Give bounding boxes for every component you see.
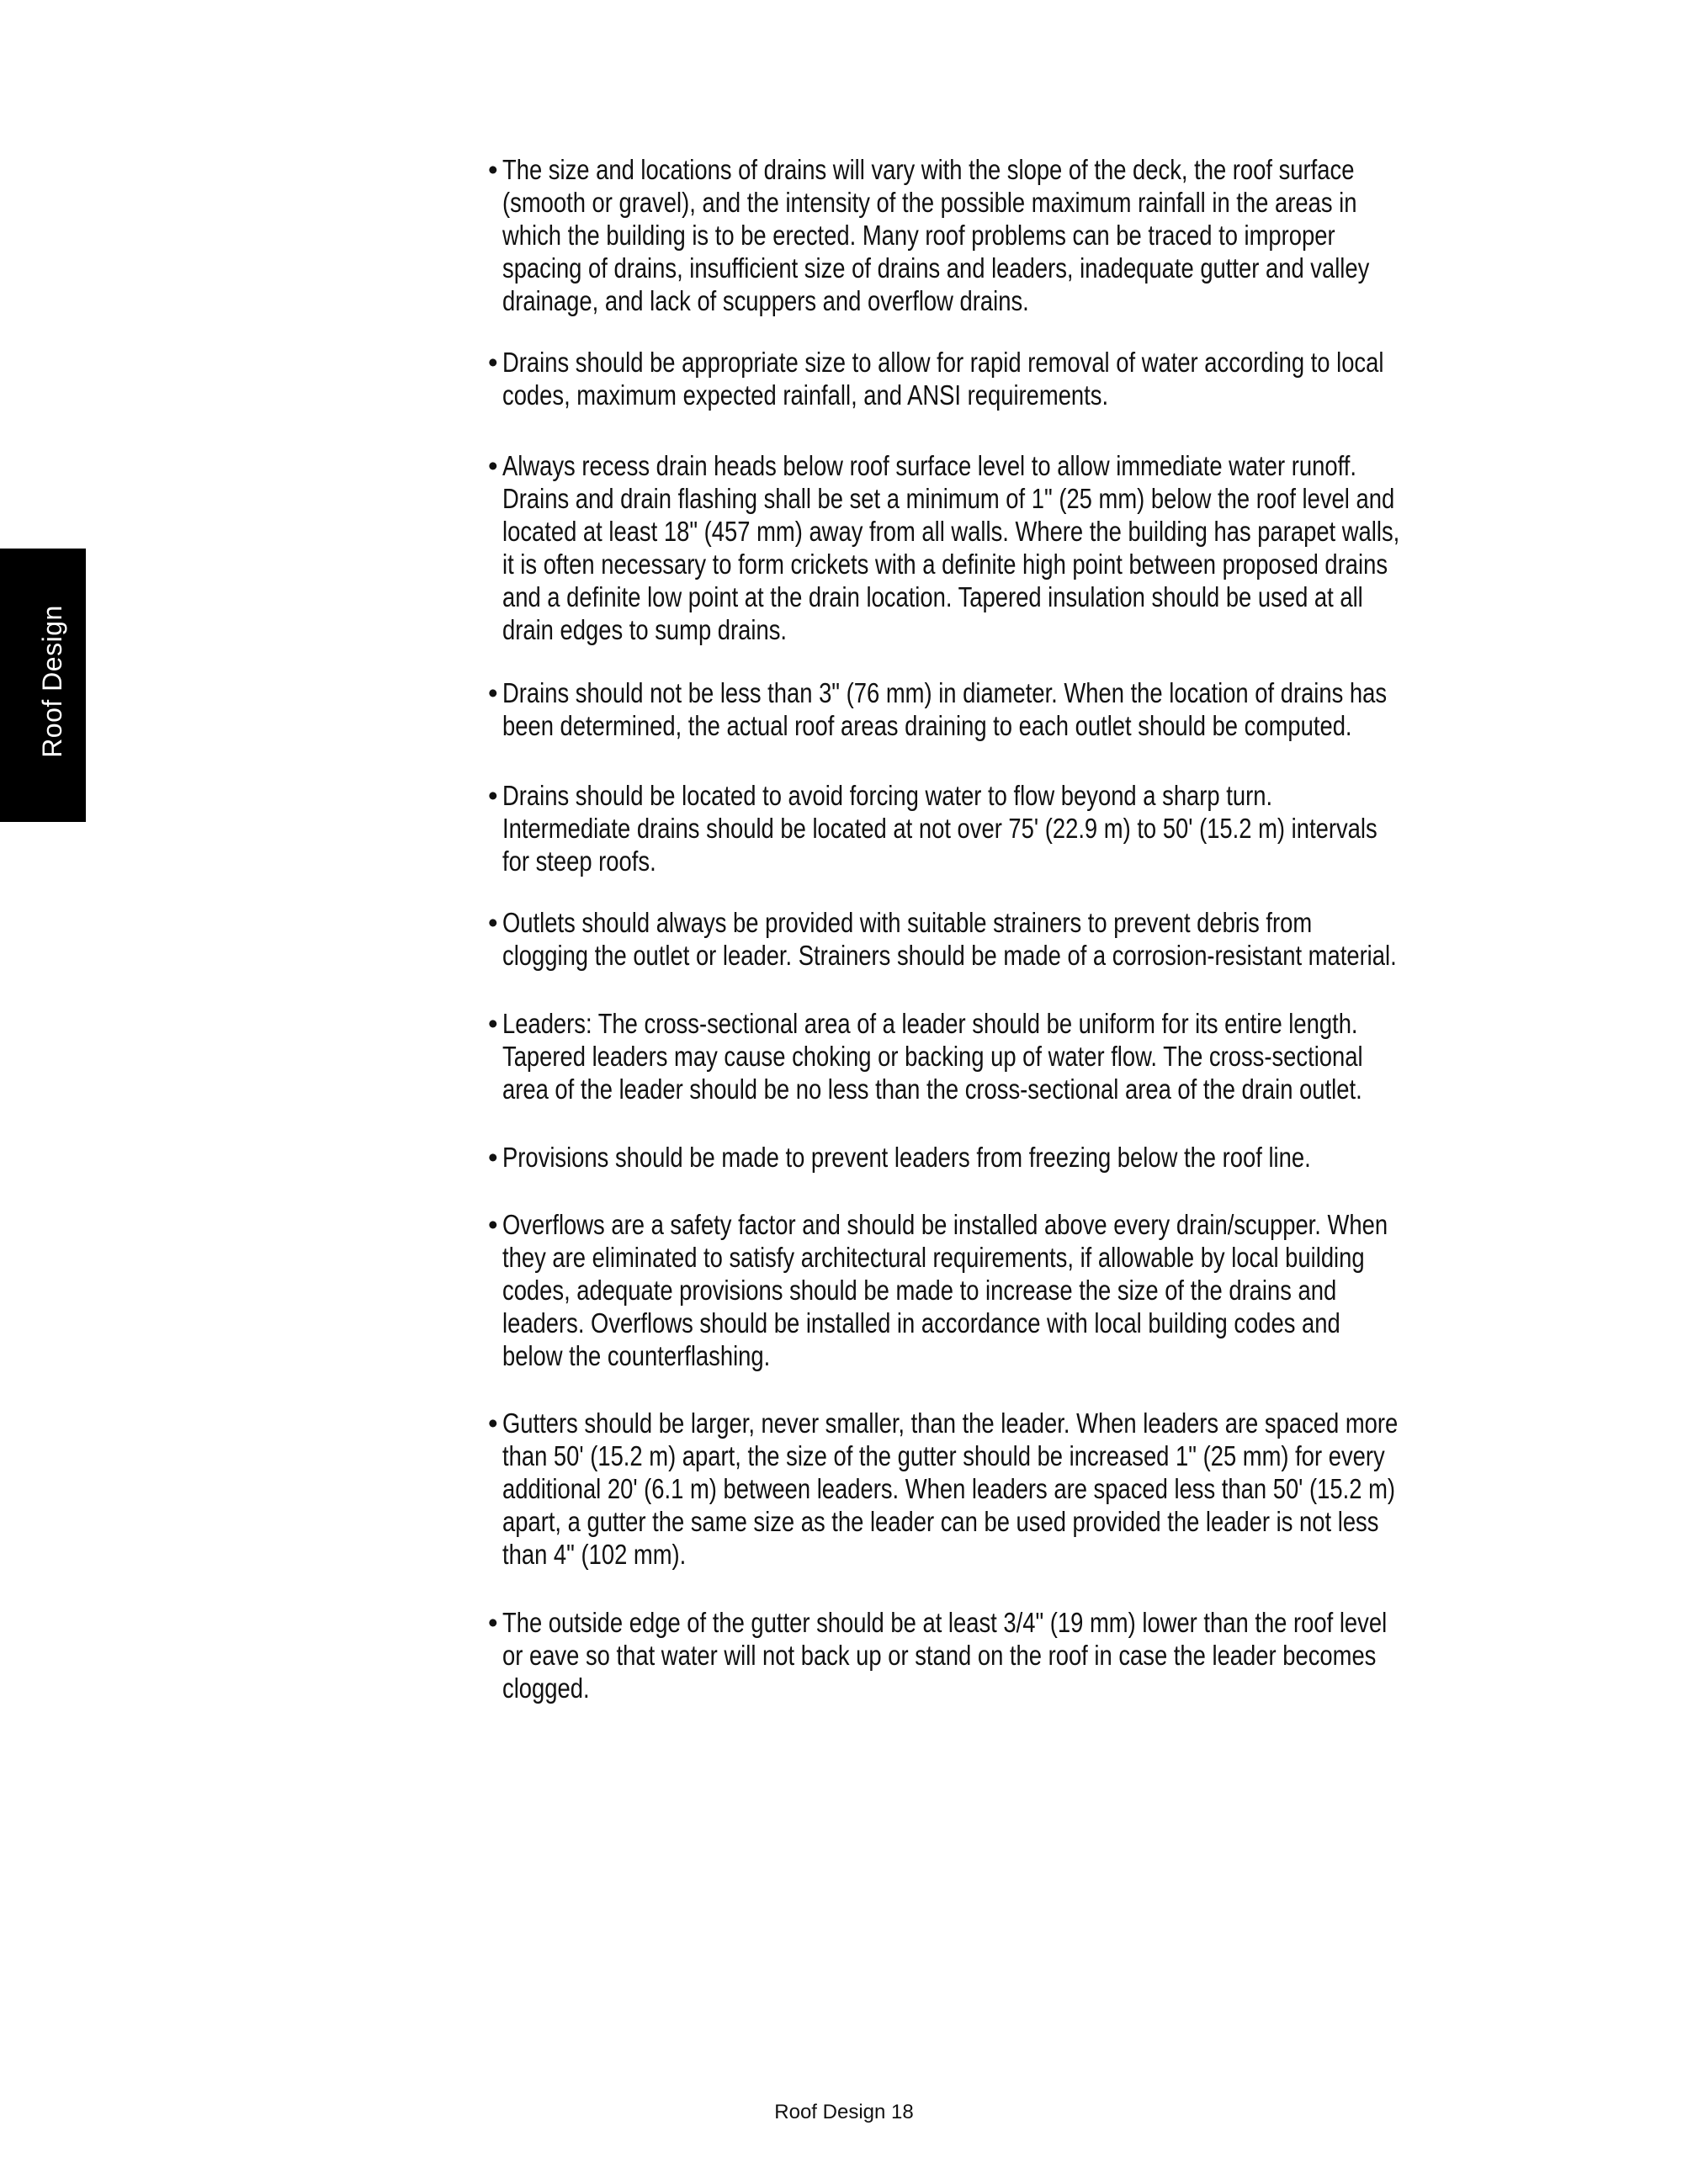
text-line: Tapered leaders may cause choking or bac… bbox=[502, 1040, 1363, 1073]
text-line: Drains should be located to avoid forcin… bbox=[502, 779, 1377, 812]
paragraph-text: Outlets should always be provided with s… bbox=[502, 906, 1579, 972]
text-line: codes, adequate provisions should be mad… bbox=[502, 1274, 1388, 1307]
paragraph-text: Drains should be located to avoid forcin… bbox=[502, 779, 1557, 877]
text-line: area of the leader should be no less tha… bbox=[502, 1073, 1363, 1105]
paragraph-text: Gutters should be larger, never smaller,… bbox=[502, 1407, 1581, 1571]
paragraph-text: Always recess drain heads below roof sur… bbox=[502, 449, 1584, 646]
bullet-icon: • bbox=[488, 906, 502, 939]
section-side-tab-label: Roof Design bbox=[35, 572, 69, 791]
text-line: located at least 18" (457 mm) away from … bbox=[502, 515, 1399, 548]
bullet-icon: • bbox=[488, 676, 502, 709]
paragraph-text: The outside edge of the gutter should be… bbox=[502, 1606, 1568, 1704]
bullet-icon: • bbox=[488, 1007, 502, 1040]
text-line: which the building is to be erected. Man… bbox=[502, 219, 1369, 252]
text-line: clogged. bbox=[502, 1672, 1387, 1704]
text-line: apart, a gutter the same size as the lea… bbox=[502, 1505, 1398, 1538]
text-line: Intermediate drains should be located at… bbox=[502, 812, 1377, 845]
text-line: Leaders: The cross-sectional area of a l… bbox=[502, 1007, 1363, 1040]
text-line: Drains and drain flashing shall be set a… bbox=[502, 482, 1399, 515]
text-line: drainage, and lack of scuppers and overf… bbox=[502, 284, 1369, 317]
text-line: it is often necessary to form crickets w… bbox=[502, 548, 1399, 580]
text-line: (smooth or gravel), and the intensity of… bbox=[502, 186, 1369, 219]
paragraph-text: Leaders: The cross-sectional area of a l… bbox=[502, 1007, 1539, 1105]
text-line: The outside edge of the gutter should be… bbox=[502, 1606, 1387, 1639]
text-line: Overflows are a safety factor and should… bbox=[502, 1208, 1388, 1241]
paragraph-text: Drains should be appropriate size to all… bbox=[502, 346, 1564, 411]
text-line: codes, maximum expected rainfall, and AN… bbox=[502, 379, 1383, 411]
text-line: Drains should not be less than 3" (76 mm… bbox=[502, 676, 1387, 709]
text-line: and a definite low point at the drain lo… bbox=[502, 580, 1399, 613]
bullet-icon: • bbox=[488, 153, 502, 186]
text-line: Drains should be appropriate size to all… bbox=[502, 346, 1383, 379]
text-line: Gutters should be larger, never smaller,… bbox=[502, 1407, 1398, 1439]
text-line: than 4" (102 mm). bbox=[502, 1538, 1398, 1571]
page-number-label: Roof Design 18 bbox=[774, 2101, 913, 2123]
text-line: The size and locations of drains will va… bbox=[502, 153, 1369, 186]
bullet-icon: • bbox=[488, 449, 502, 482]
page-footer: Roof Design 18 bbox=[0, 2100, 1688, 2125]
text-line: Provisions should be made to prevent lea… bbox=[502, 1141, 1311, 1174]
text-line: below the counterflashing. bbox=[502, 1339, 1388, 1372]
text-line: spacing of drains, insufficient size of … bbox=[502, 252, 1369, 284]
text-line: than 50' (15.2 m) apart, the size of the… bbox=[502, 1439, 1398, 1472]
bullet-icon: • bbox=[488, 1407, 502, 1439]
text-line: leaders. Overflows should be installed i… bbox=[502, 1307, 1388, 1339]
text-line: clogging the outlet or leader. Strainers… bbox=[502, 939, 1397, 972]
bullet-icon: • bbox=[488, 1141, 502, 1174]
paragraph-text: Overflows are a safety factor and should… bbox=[502, 1208, 1569, 1372]
text-line: been determined, the actual roof areas d… bbox=[502, 709, 1387, 742]
paragraph-text: Provisions should be made to prevent lea… bbox=[502, 1141, 1476, 1174]
bullet-icon: • bbox=[488, 779, 502, 812]
text-line: or eave so that water will not back up o… bbox=[502, 1639, 1387, 1672]
text-line: they are eliminated to satisfy architect… bbox=[502, 1241, 1388, 1274]
bullet-icon: • bbox=[488, 346, 502, 379]
text-line: drain edges to sump drains. bbox=[502, 613, 1399, 646]
bullet-icon: • bbox=[488, 1208, 502, 1241]
text-line: Always recess drain heads below roof sur… bbox=[502, 449, 1399, 482]
text-line: Outlets should always be provided with s… bbox=[502, 906, 1397, 939]
paragraph-text: Drains should not be less than 3" (76 mm… bbox=[502, 676, 1568, 742]
bullet-icon: • bbox=[488, 1606, 502, 1639]
text-line: additional 20' (6.1 m) between leaders. … bbox=[502, 1472, 1398, 1505]
paragraph-text: The size and locations of drains will va… bbox=[502, 153, 1547, 317]
text-line: for steep roofs. bbox=[502, 845, 1377, 877]
